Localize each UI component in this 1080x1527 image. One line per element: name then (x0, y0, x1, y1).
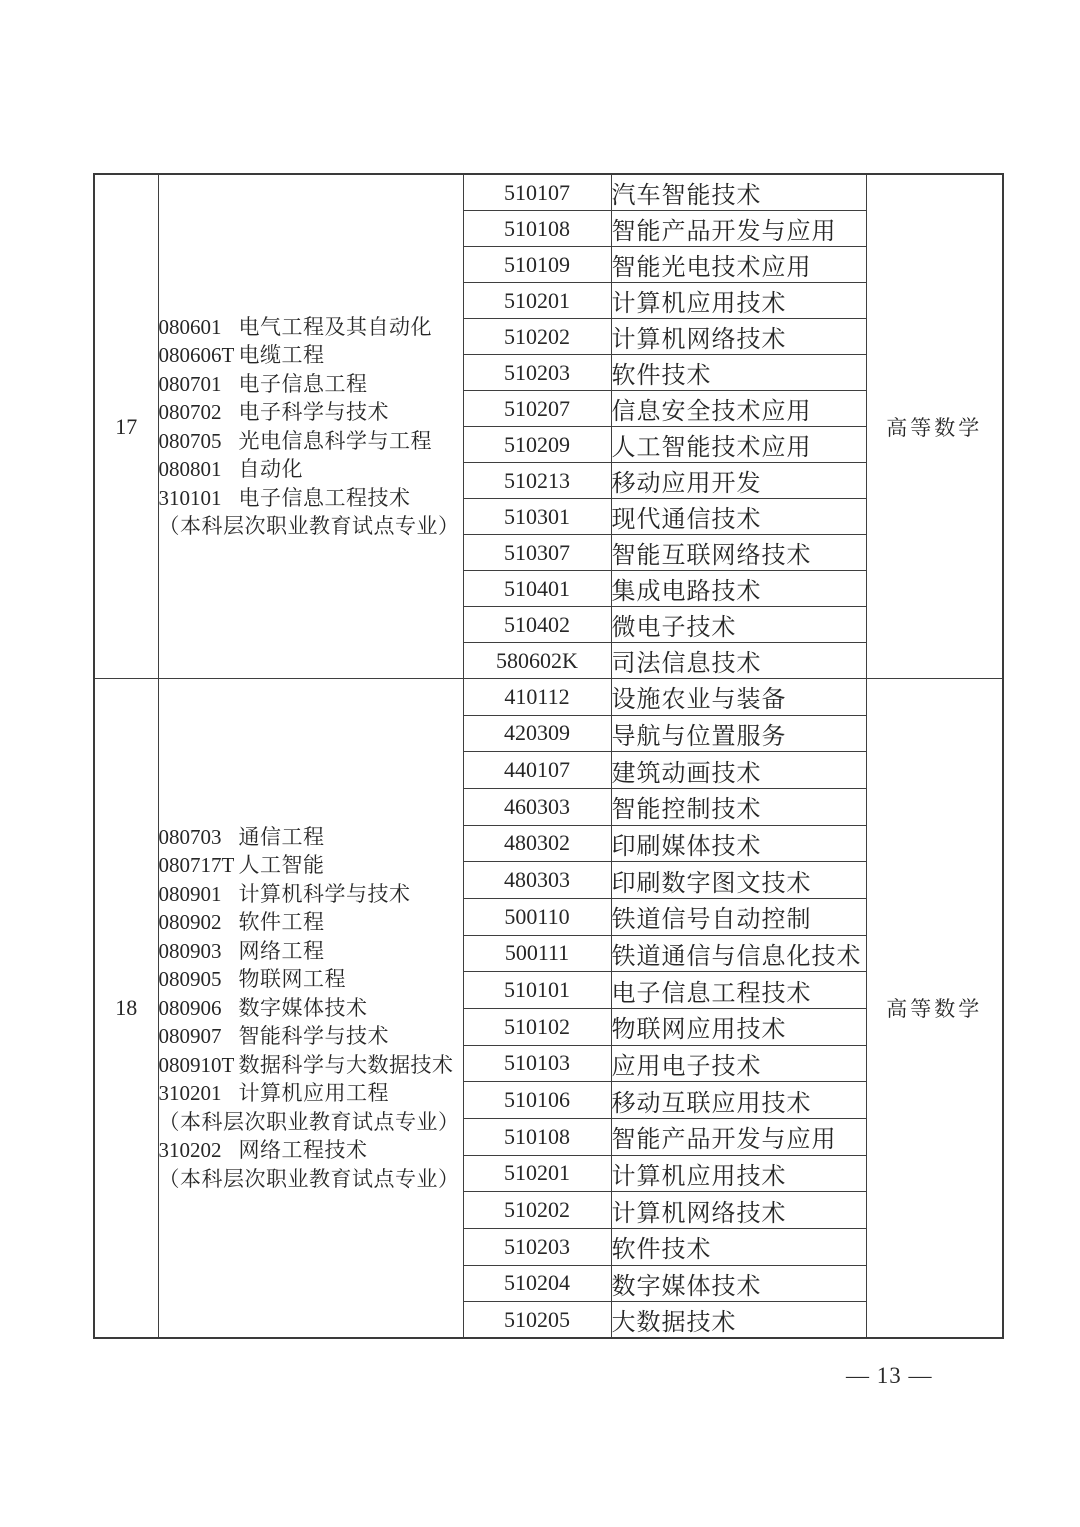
major-name: 智能科学与技术 (239, 1022, 390, 1051)
specialty-code-cell: 510205 (463, 1302, 611, 1339)
specialty-code-cell: 510202 (463, 1192, 611, 1229)
document-page: { "page": { "number_label": "— 13 —" }, … (0, 0, 1080, 1527)
majors-list: 080601电气工程及其自动化080606T电缆工程080701电子信息工程08… (159, 313, 463, 541)
major-code: 080717T (159, 851, 239, 880)
major-name: 人工智能 (239, 851, 325, 880)
page-number: — 13 — (846, 1363, 933, 1389)
major-name: （本科层次职业教育试点专业） (159, 1165, 460, 1194)
specialty-code-cell: 510402 (463, 607, 611, 643)
table-row: 17080601电气工程及其自动化080606T电缆工程080701电子信息工程… (94, 174, 1003, 211)
specialty-name-cell: 计算机网络技术 (611, 319, 866, 355)
major-line: 080905物联网工程 (159, 965, 463, 994)
specialty-code-cell: 510108 (463, 1118, 611, 1155)
exam-subject-cell: 高等数学 (866, 174, 1003, 679)
major-code: 080902 (159, 908, 239, 937)
major-code: 310201 (159, 1079, 239, 1108)
specialty-name-cell: 导航与位置服务 (611, 715, 866, 752)
major-name: 计算机应用工程 (239, 1079, 390, 1108)
specialty-code-cell: 440107 (463, 752, 611, 789)
major-code: 310101 (159, 484, 239, 513)
specialty-code-cell: 510201 (463, 283, 611, 319)
specialty-code-cell: 510201 (463, 1155, 611, 1192)
specialty-code-cell: 500110 (463, 898, 611, 935)
major-line: 080910T数据科学与大数据技术 (159, 1051, 463, 1080)
specialty-code-cell: 460303 (463, 788, 611, 825)
major-line: 080907智能科学与技术 (159, 1022, 463, 1051)
major-line: （本科层次职业教育试点专业） (159, 1108, 463, 1137)
major-name: （本科层次职业教育试点专业） (159, 1108, 460, 1137)
row-number-cell: 18 (94, 679, 158, 1339)
specialty-code-cell: 510203 (463, 355, 611, 391)
major-line: 310201计算机应用工程 (159, 1079, 463, 1108)
specialty-name-cell: 微电子技术 (611, 607, 866, 643)
specialty-name-cell: 智能产品开发与应用 (611, 211, 866, 247)
major-code: 080702 (159, 398, 239, 427)
specialty-code-cell: 510401 (463, 571, 611, 607)
major-name: 数字媒体技术 (239, 994, 368, 1023)
specialty-name-cell: 物联网应用技术 (611, 1008, 866, 1045)
specialty-code-cell: 510101 (463, 972, 611, 1009)
specialty-code-cell: 510103 (463, 1045, 611, 1082)
major-name: 网络工程 (239, 937, 325, 966)
specialty-code-cell: 510301 (463, 499, 611, 535)
specialty-name-cell: 智能产品开发与应用 (611, 1118, 866, 1155)
major-name: 计算机科学与技术 (239, 880, 411, 909)
major-line: （本科层次职业教育试点专业） (159, 512, 463, 541)
specialty-name-cell: 智能控制技术 (611, 788, 866, 825)
major-code: 080705 (159, 427, 239, 456)
specialty-name-cell: 移动互联应用技术 (611, 1082, 866, 1119)
major-code: 080701 (159, 370, 239, 399)
major-line: 080902软件工程 (159, 908, 463, 937)
specialty-code-cell: 510207 (463, 391, 611, 427)
major-code: 080905 (159, 965, 239, 994)
specialty-name-cell: 司法信息技术 (611, 643, 866, 679)
major-name: 数据科学与大数据技术 (239, 1051, 454, 1080)
major-line: 080801自动化 (159, 455, 463, 484)
specialty-name-cell: 移动应用开发 (611, 463, 866, 499)
specialty-name-cell: 计算机应用技术 (611, 1155, 866, 1192)
specialty-name-cell: 铁道信号自动控制 (611, 898, 866, 935)
major-code: 080901 (159, 880, 239, 909)
specialty-name-cell: 设施农业与装备 (611, 679, 866, 716)
major-line: 080703通信工程 (159, 823, 463, 852)
specialty-code-cell: 420309 (463, 715, 611, 752)
table-row: 18080703通信工程080717T人工智能080901计算机科学与技术080… (94, 679, 1003, 716)
specialty-name-cell: 建筑动画技术 (611, 752, 866, 789)
major-name: 光电信息科学与工程 (239, 427, 433, 456)
specialty-code-cell: 510202 (463, 319, 611, 355)
specialty-code-cell: 580602K (463, 643, 611, 679)
specialty-code-cell: 510108 (463, 211, 611, 247)
major-line: 080705光电信息科学与工程 (159, 427, 463, 456)
specialty-name-cell: 电子信息工程技术 (611, 972, 866, 1009)
row-number-cell: 17 (94, 174, 158, 679)
specialty-name-cell: 软件技术 (611, 355, 866, 391)
major-line: （本科层次职业教育试点专业） (159, 1165, 463, 1194)
major-line: 310101电子信息工程技术 (159, 484, 463, 513)
specialty-name-cell: 计算机应用技术 (611, 283, 866, 319)
specialty-name-cell: 铁道通信与信息化技术 (611, 935, 866, 972)
specialty-name-cell: 数字媒体技术 (611, 1265, 866, 1302)
exam-subject-cell: 高等数学 (866, 679, 1003, 1339)
major-name: 通信工程 (239, 823, 325, 852)
major-line: 080606T电缆工程 (159, 341, 463, 370)
specialty-code-cell: 510307 (463, 535, 611, 571)
specialty-code-cell: 510209 (463, 427, 611, 463)
specialty-name-cell: 计算机网络技术 (611, 1192, 866, 1229)
major-code: 080601 (159, 313, 239, 342)
specialty-name-cell: 信息安全技术应用 (611, 391, 866, 427)
major-name: 电子信息工程技术 (239, 484, 411, 513)
major-line: 080717T人工智能 (159, 851, 463, 880)
major-code: 080907 (159, 1022, 239, 1051)
major-line: 080903网络工程 (159, 937, 463, 966)
specialty-name-cell: 应用电子技术 (611, 1045, 866, 1082)
specialty-code-cell: 480303 (463, 862, 611, 899)
specialty-code-cell: 510204 (463, 1265, 611, 1302)
specialty-code-cell: 410112 (463, 679, 611, 716)
major-code: 080606T (159, 341, 239, 370)
major-name: 物联网工程 (239, 965, 347, 994)
specialty-code-cell: 510109 (463, 247, 611, 283)
specialty-name-cell: 印刷数字图文技术 (611, 862, 866, 899)
specialty-code-cell: 510213 (463, 463, 611, 499)
specialty-name-cell: 人工智能技术应用 (611, 427, 866, 463)
specialty-code-cell: 510106 (463, 1082, 611, 1119)
specialty-code-cell: 500111 (463, 935, 611, 972)
major-name: （本科层次职业教育试点专业） (159, 512, 460, 541)
specialty-name-cell: 汽车智能技术 (611, 174, 866, 211)
specialty-code-cell: 510203 (463, 1228, 611, 1265)
major-line: 080702电子科学与技术 (159, 398, 463, 427)
majors-subject-table: 17080601电气工程及其自动化080606T电缆工程080701电子信息工程… (93, 173, 1004, 1339)
specialty-code-cell: 510102 (463, 1008, 611, 1045)
major-name: 电子信息工程 (239, 370, 368, 399)
major-name: 自动化 (239, 455, 304, 484)
specialty-name-cell: 软件技术 (611, 1228, 866, 1265)
major-line: 080901计算机科学与技术 (159, 880, 463, 909)
specialty-name-cell: 集成电路技术 (611, 571, 866, 607)
undergraduate-majors-cell: 080703通信工程080717T人工智能080901计算机科学与技术08090… (158, 679, 463, 1339)
major-code: 080703 (159, 823, 239, 852)
major-code: 080801 (159, 455, 239, 484)
major-line: 310202网络工程技术 (159, 1136, 463, 1165)
major-line: 080701电子信息工程 (159, 370, 463, 399)
major-name: 电缆工程 (239, 341, 325, 370)
major-code: 080903 (159, 937, 239, 966)
major-name: 软件工程 (239, 908, 325, 937)
major-line: 080906数字媒体技术 (159, 994, 463, 1023)
major-code: 080910T (159, 1051, 239, 1080)
major-name: 网络工程技术 (239, 1136, 368, 1165)
specialty-code-cell: 480302 (463, 825, 611, 862)
majors-list: 080703通信工程080717T人工智能080901计算机科学与技术08090… (159, 823, 463, 1194)
specialty-name-cell: 智能互联网络技术 (611, 535, 866, 571)
specialty-code-cell: 510107 (463, 174, 611, 211)
major-name: 电子科学与技术 (239, 398, 390, 427)
specialty-name-cell: 智能光电技术应用 (611, 247, 866, 283)
specialty-name-cell: 大数据技术 (611, 1302, 866, 1339)
major-code: 080906 (159, 994, 239, 1023)
specialty-name-cell: 现代通信技术 (611, 499, 866, 535)
major-name: 电气工程及其自动化 (239, 313, 433, 342)
major-code: 310202 (159, 1136, 239, 1165)
major-line: 080601电气工程及其自动化 (159, 313, 463, 342)
undergraduate-majors-cell: 080601电气工程及其自动化080606T电缆工程080701电子信息工程08… (158, 174, 463, 679)
specialty-name-cell: 印刷媒体技术 (611, 825, 866, 862)
